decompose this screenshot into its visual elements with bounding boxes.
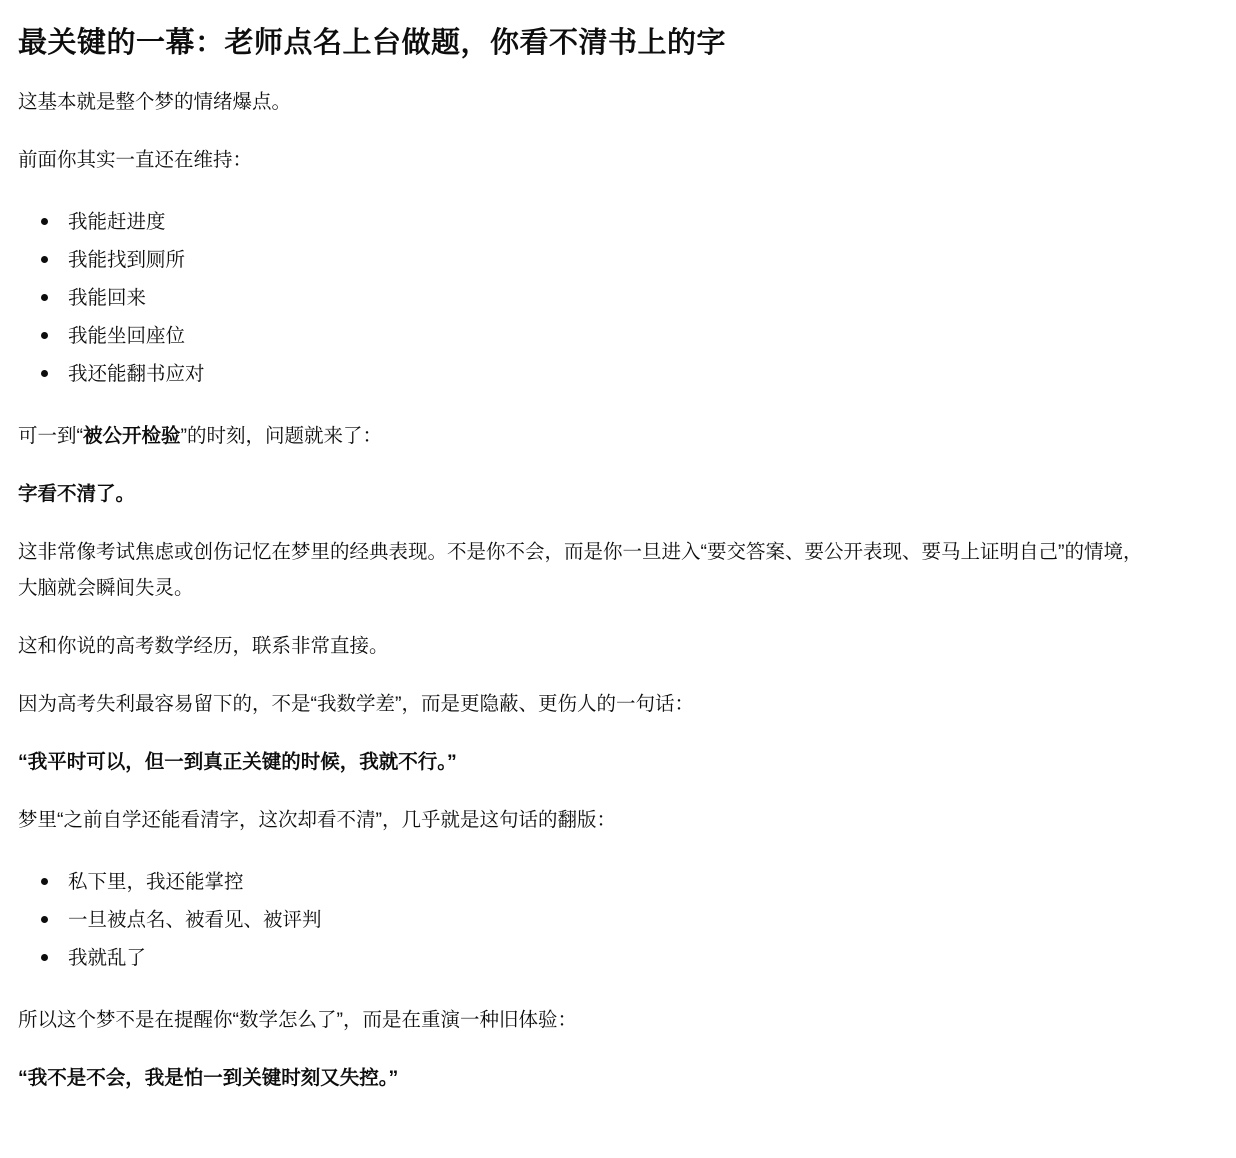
list-item: 我能找到厕所 (68, 242, 1160, 278)
list-item: 我能坐回座位 (68, 318, 1160, 354)
paragraph-conclusion: 所以这个梦不是在提醒你“数学怎么了”，而是在重演一种旧体验： (18, 1002, 1160, 1038)
paragraph-problem-bold: 字看不清了。 (18, 476, 1160, 512)
list-item: 我还能翻书应对 (68, 356, 1160, 392)
turning-point-prefix: 可一到“ (18, 425, 83, 447)
paragraph-quote-2: “我不是不会，我是怕一到关键时刻又失控。” (18, 1060, 1160, 1096)
list-item: 一旦被点名、被看见、被评判 (68, 902, 1160, 938)
paragraph-link: 这和你说的高考数学经历，联系非常直接。 (18, 628, 1160, 664)
paragraph-analysis: 这非常像考试焦虑或创伤记忆在梦里的经典表现。不是你不会，而是你一旦进入“要交答案… (18, 534, 1160, 606)
paragraph-intro: 这基本就是整个梦的情绪爆点。 (18, 84, 1160, 120)
list-item: 我就乱了 (68, 940, 1160, 976)
paragraph-translation: 梦里“之前自学还能看清字，这次却看不清”，几乎就是这句话的翻版： (18, 802, 1160, 838)
list-item: 私下里，我还能掌控 (68, 864, 1160, 900)
turning-point-bold: 被公开检验 (83, 425, 181, 447)
turning-point-suffix: ”的时刻，问题就来了： (181, 425, 383, 447)
paragraph-maintain: 前面你其实一直还在维持： (18, 142, 1160, 178)
paragraph-turning-point: 可一到“被公开检验”的时刻，问题就来了： (18, 418, 1160, 454)
paragraph-quote-1: “我平时可以，但一到真正关键的时候，我就不行。” (18, 744, 1160, 780)
list-item: 我能赶进度 (68, 204, 1160, 240)
section-heading: 最关键的一幕：老师点名上台做题，你看不清书上的字 (18, 24, 1160, 62)
list-pattern: 私下里，我还能掌控 一旦被点名、被看见、被评判 我就乱了 (18, 864, 1160, 976)
document-body: 最关键的一幕：老师点名上台做题，你看不清书上的字 这基本就是整个梦的情绪爆点。 … (0, 0, 1160, 1158)
list-maintain: 我能赶进度 我能找到厕所 我能回来 我能坐回座位 我还能翻书应对 (18, 204, 1160, 392)
list-item: 我能回来 (68, 280, 1160, 316)
paragraph-reason: 因为高考失利最容易留下的，不是“我数学差”，而是更隐蔽、更伤人的一句话： (18, 686, 1160, 722)
